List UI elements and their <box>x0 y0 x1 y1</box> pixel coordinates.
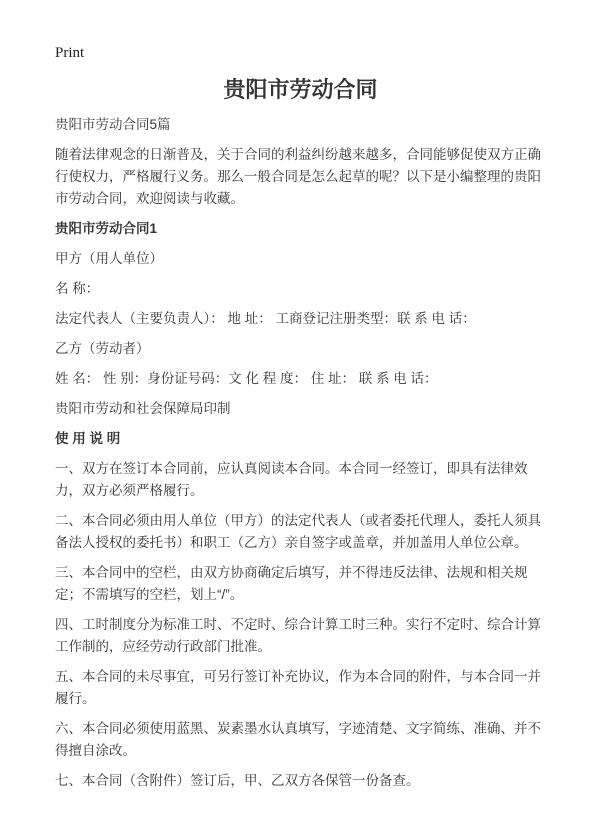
party-b-heading: 乙方（劳动者） <box>55 338 546 360</box>
usage-item-5: 五、本合同的未尽事宜，可另行签订补充协议，作为本合同的附件，与本合同一并履行。 <box>55 666 546 710</box>
subtitle: 贵阳市劳动合同5篇 <box>55 114 546 136</box>
print-link[interactable]: Print <box>55 44 84 62</box>
usage-heading: 使 用 说 明 <box>55 428 546 450</box>
party-a-name-line: 名 称： <box>55 278 546 300</box>
party-b-info-line: 姓 名： 性 别：身份证号码：文 化 程 度： 住 址： 联 系 电 话： <box>55 368 546 390</box>
page: { "toolbar": { "print_label": "Print" },… <box>0 0 600 828</box>
issuer-line: 贵阳市劳动和社会保障局印制 <box>55 398 546 420</box>
usage-item-7: 七、本合同（含附件）签订后，甲、乙双方各保管一份备查。 <box>55 770 546 792</box>
party-a-heading: 甲方（用人单位） <box>55 248 546 270</box>
section-heading: 贵阳市劳动合同1 <box>55 218 546 240</box>
usage-item-1: 一、双方在签订本合同前，应认真阅读本合同。本合同一经签订，即具有法律效力，双方必… <box>55 458 546 502</box>
party-a-rep-line: 法定代表人（主要负责人）： 地 址： 工商登记注册类型：联 系 电 话： <box>55 308 546 330</box>
intro-paragraph: 随着法律观念的日渐普及，关于合同的利益纠纷越来越多，合同能够促使双方正确行使权力… <box>55 144 546 210</box>
usage-item-3: 三、本合同中的空栏，由双方协商确定后填写，并不得违反法律、法规和相关规定；不需填… <box>55 562 546 606</box>
page-title: 贵阳市劳动合同 <box>55 76 546 104</box>
document-body: Print 贵阳市劳动合同 贵阳市劳动合同5篇 随着法律观念的日渐普及，关于合同… <box>0 0 600 792</box>
usage-item-2: 二、本合同必须由用人单位（甲方）的法定代表人（或者委托代理人，委托人须具备法人授… <box>55 510 546 554</box>
usage-item-4: 四、工时制度分为标准工时、不定时、综合计算工时三种。实行不定时、综合计算工作制的… <box>55 614 546 658</box>
usage-item-6: 六、本合同必须使用蓝黑、炭素墨水认真填写，字迹清楚、文字简练、准确、并不得擅自涂… <box>55 718 546 762</box>
